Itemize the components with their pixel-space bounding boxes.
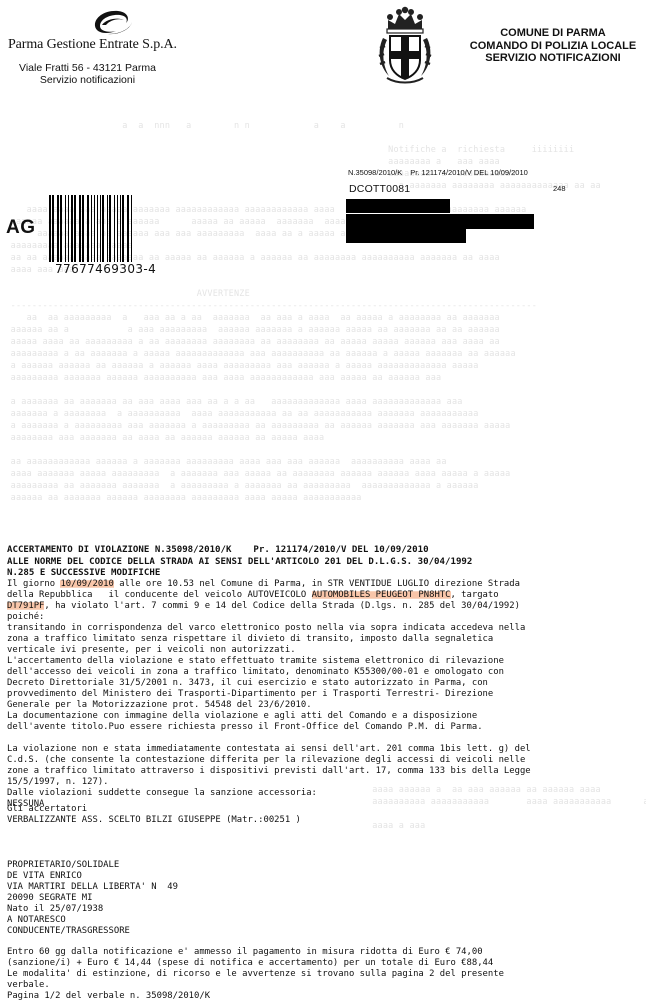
- violation-line-2: della Repubblica il conducente del veico…: [7, 590, 531, 601]
- issuer-line-comune: COMUNE DI PARMA: [468, 27, 638, 40]
- owner-text-line: 20090 SEGRATE MI: [7, 893, 178, 904]
- issuer-line-comando: COMANDO DI POLIZIA LOCALE: [468, 40, 638, 53]
- violation-text-line: dell'accesso dei veicoli in zona a traff…: [7, 667, 531, 678]
- intro-text: Il giorno: [7, 579, 60, 589]
- redacted-recipient-line-3: [346, 229, 466, 243]
- reference-line: N.35098/2010/KPr. 121174/2010/V DEL 10/0…: [348, 168, 528, 177]
- violation-text-line: verticale ivi presente, per i veicoli no…: [7, 645, 531, 656]
- owner-text-line: DE VITA ENRICO: [7, 871, 178, 882]
- violation-text-line: Decreto Direttoriale 31/5/2001 n. 3473, …: [7, 678, 531, 689]
- license-plate: DT791PF: [7, 601, 44, 611]
- payment-text-line: Entro 60 gg dalla notificazione e' ammes…: [7, 947, 504, 958]
- service-code: AG: [6, 217, 36, 239]
- redacted-recipient-line-1: [346, 199, 450, 213]
- swoosh-logo-icon: [88, 8, 134, 38]
- violation-description: Il giorno 10/09/2010 alle ore 10.53 nel …: [7, 579, 531, 810]
- officer-name: VERBALIZZANTE ASS. SCELTO BILZI GIUSEPPE…: [7, 815, 301, 826]
- violation-text-line: La violazione non e stata immediatamente…: [7, 744, 531, 755]
- sender-address: Viale Fratti 56 - 43121 Parma: [0, 62, 175, 74]
- officers-label: Gli accertatori: [7, 804, 301, 815]
- issuer-line-servizio: SERVIZIO NOTIFICAZIONI: [468, 52, 638, 65]
- sender-department: Servizio notificazioni: [0, 74, 175, 86]
- violation-text-line: Dalle violazioni suddette consegue la sa…: [7, 788, 531, 799]
- violation-text-line: La documentazione con immagine della vio…: [7, 711, 531, 722]
- vehicle-intro-text: della Repubblica il conducente del veico…: [7, 590, 312, 600]
- protocol-number: Pr. 121174/2010/V DEL 10/09/2010: [410, 168, 528, 177]
- payment-text-line: (sanzione/i) + Euro € 14,44 (spese di no…: [7, 958, 504, 969]
- vehicle-model: AUTOMOBILES PEUGEOT PN8HTC: [312, 590, 451, 600]
- title-line-2: ALLE NORME DEL CODICE DELLA STRADA AI SE…: [7, 557, 472, 569]
- violation-text-line: poiché:: [7, 612, 531, 623]
- violation-text-line: [7, 733, 531, 744]
- barcode-number: 77677469303-4: [55, 262, 156, 276]
- parma-coat-of-arms-icon: [375, 4, 435, 86]
- bleed-through-texture: a a nnn a n n a a n Notifiche a richiest…: [0, 120, 646, 504]
- violation-text-line: zone a traffico limitato attraverso i di…: [7, 766, 531, 777]
- owner-text-line: CONDUCENTE/TRASGRESSORE: [7, 926, 178, 937]
- violation-text-line: L'accertamento della violazione e stato …: [7, 656, 531, 667]
- article-text: , ha violato l'art. 7 commi 9 e 14 del C…: [44, 601, 520, 611]
- document-code: DCOTT0081: [349, 183, 410, 195]
- violation-text-line: C.d.S. (che consente la contestazione di…: [7, 755, 531, 766]
- redacted-recipient-line-2: [346, 214, 534, 229]
- violation-date: 10/09/2010: [60, 579, 113, 589]
- targato-text: , targato: [451, 590, 499, 600]
- violation-text-line: zona a traffico limitato senza rispettar…: [7, 634, 531, 645]
- violation-detail-lines: poiché:transitando in corrispondenza del…: [7, 612, 531, 810]
- page-code: 248: [553, 184, 566, 193]
- violation-text-line: Generale per la Motorizzazione prot. 545…: [7, 700, 531, 711]
- owner-block: PROPRIETARIO/SOLIDALEDE VITA ENRICOVIA M…: [7, 860, 178, 937]
- violation-text-line: transitando in corrispondenza del varco …: [7, 623, 531, 634]
- violation-line-1: Il giorno 10/09/2010 alle ore 10.53 nel …: [7, 579, 531, 590]
- officers-block: Gli accertatoriVERBALIZZANTE ASS. SCELTO…: [7, 804, 301, 826]
- sender-company-name: Parma Gestione Entrate S.p.A.: [8, 37, 177, 53]
- payment-text-line: verbale.: [7, 980, 504, 991]
- owner-text-line: PROPRIETARIO/SOLIDALE: [7, 860, 178, 871]
- issuer-heading: COMUNE DI PARMA COMANDO DI POLIZIA LOCAL…: [468, 27, 638, 65]
- title-line-1: ACCERTAMENTO DI VIOLAZIONE N.35098/2010/…: [7, 545, 472, 557]
- violation-text-line: dell'avente titolo.Puo essere richiesta …: [7, 722, 531, 733]
- barcode-icon: [49, 195, 177, 262]
- violation-line-3: DT791PF, ha violato l'art. 7 commi 9 e 1…: [7, 601, 531, 612]
- sender-address-block: Viale Fratti 56 - 43121 Parma Servizio n…: [0, 62, 175, 86]
- verbale-number: N.35098/2010/K: [348, 168, 402, 177]
- owner-text-line: A NOTARESCO: [7, 915, 178, 926]
- time-place-text: alle ore 10.53 nel Comune di Parma, in S…: [114, 579, 520, 589]
- owner-text-line: Nato il 25/07/1938: [7, 904, 178, 915]
- violation-text-line: provvedimento del Ministero dei Trasport…: [7, 689, 531, 700]
- violation-text-line: 15/5/1997, n. 127).: [7, 777, 531, 788]
- payment-info: Entro 60 gg dalla notificazione e' ammes…: [7, 947, 504, 1002]
- owner-text-line: VIA MARTIRI DELLA LIBERTA' N 49: [7, 882, 178, 893]
- verbale-title: ACCERTAMENTO DI VIOLAZIONE N.35098/2010/…: [7, 545, 472, 580]
- payment-text-line: Le modalita' di estinzione, di ricorso e…: [7, 969, 504, 980]
- payment-text-line: Pagina 1/2 del verbale n. 35098/2010/K: [7, 991, 504, 1002]
